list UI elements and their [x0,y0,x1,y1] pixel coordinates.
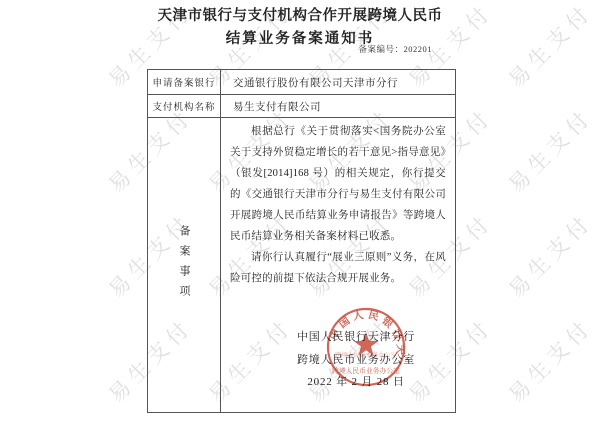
document-title-line2: 结算业务备案通知书 [0,27,600,48]
row-value-payment-institution: 易生支付有限公司 [221,95,455,118]
filing-table: 申请备案银行 交通银行股份有限公司天津市分行 支付机构名称 易生支付有限公司 备… [147,69,456,413]
body-paragraph-1: 根据总行《关于贯彻落实<国务院办公室关于支持外贸稳定增长的若干意见>指导意见》（… [230,121,446,247]
signature-org-line1: 中国人民银行天津分行 [271,326,441,349]
row-label-applicant-bank: 申请备案银行 [148,70,221,95]
filing-number: 备案编号：202201 [358,43,432,55]
filing-matter-vertical-label: 备案事项 [176,225,192,305]
signature-date: 2022 年 2 月 28 日 [271,371,441,394]
signature-block: 中国人民银行天津分行 跨境人民币业务办公室 2022 年 2 月 28 日 [271,326,441,394]
signature-org-line2: 跨境人民币业务办公室 [271,349,441,372]
document-page: 易生支付易生支付易生支付易生支付易生支付易生支付易生支付易生支付易生支付易生支付… [0,0,600,424]
document-title-line1: 天津市银行与支付机构合作开展跨境人民币 [0,4,600,25]
row-label-payment-institution: 支付机构名称 [148,95,221,118]
body-paragraph-2: 请你行认真履行“展业三原则”义务，在风险可控的前提下依法合规开展业务。 [230,247,446,289]
filing-matter-body: 根据总行《关于贯彻落实<国务院办公室关于支持外贸稳定增长的若干意见>指导意见》（… [221,118,455,412]
row-label-filing-matter: 备案事项 [148,118,221,412]
document-content: 天津市银行与支付机构合作开展跨境人民币 结算业务备案通知书 备案编号：20220… [0,0,600,424]
row-value-applicant-bank: 交通银行股份有限公司天津市分行 [221,70,455,95]
